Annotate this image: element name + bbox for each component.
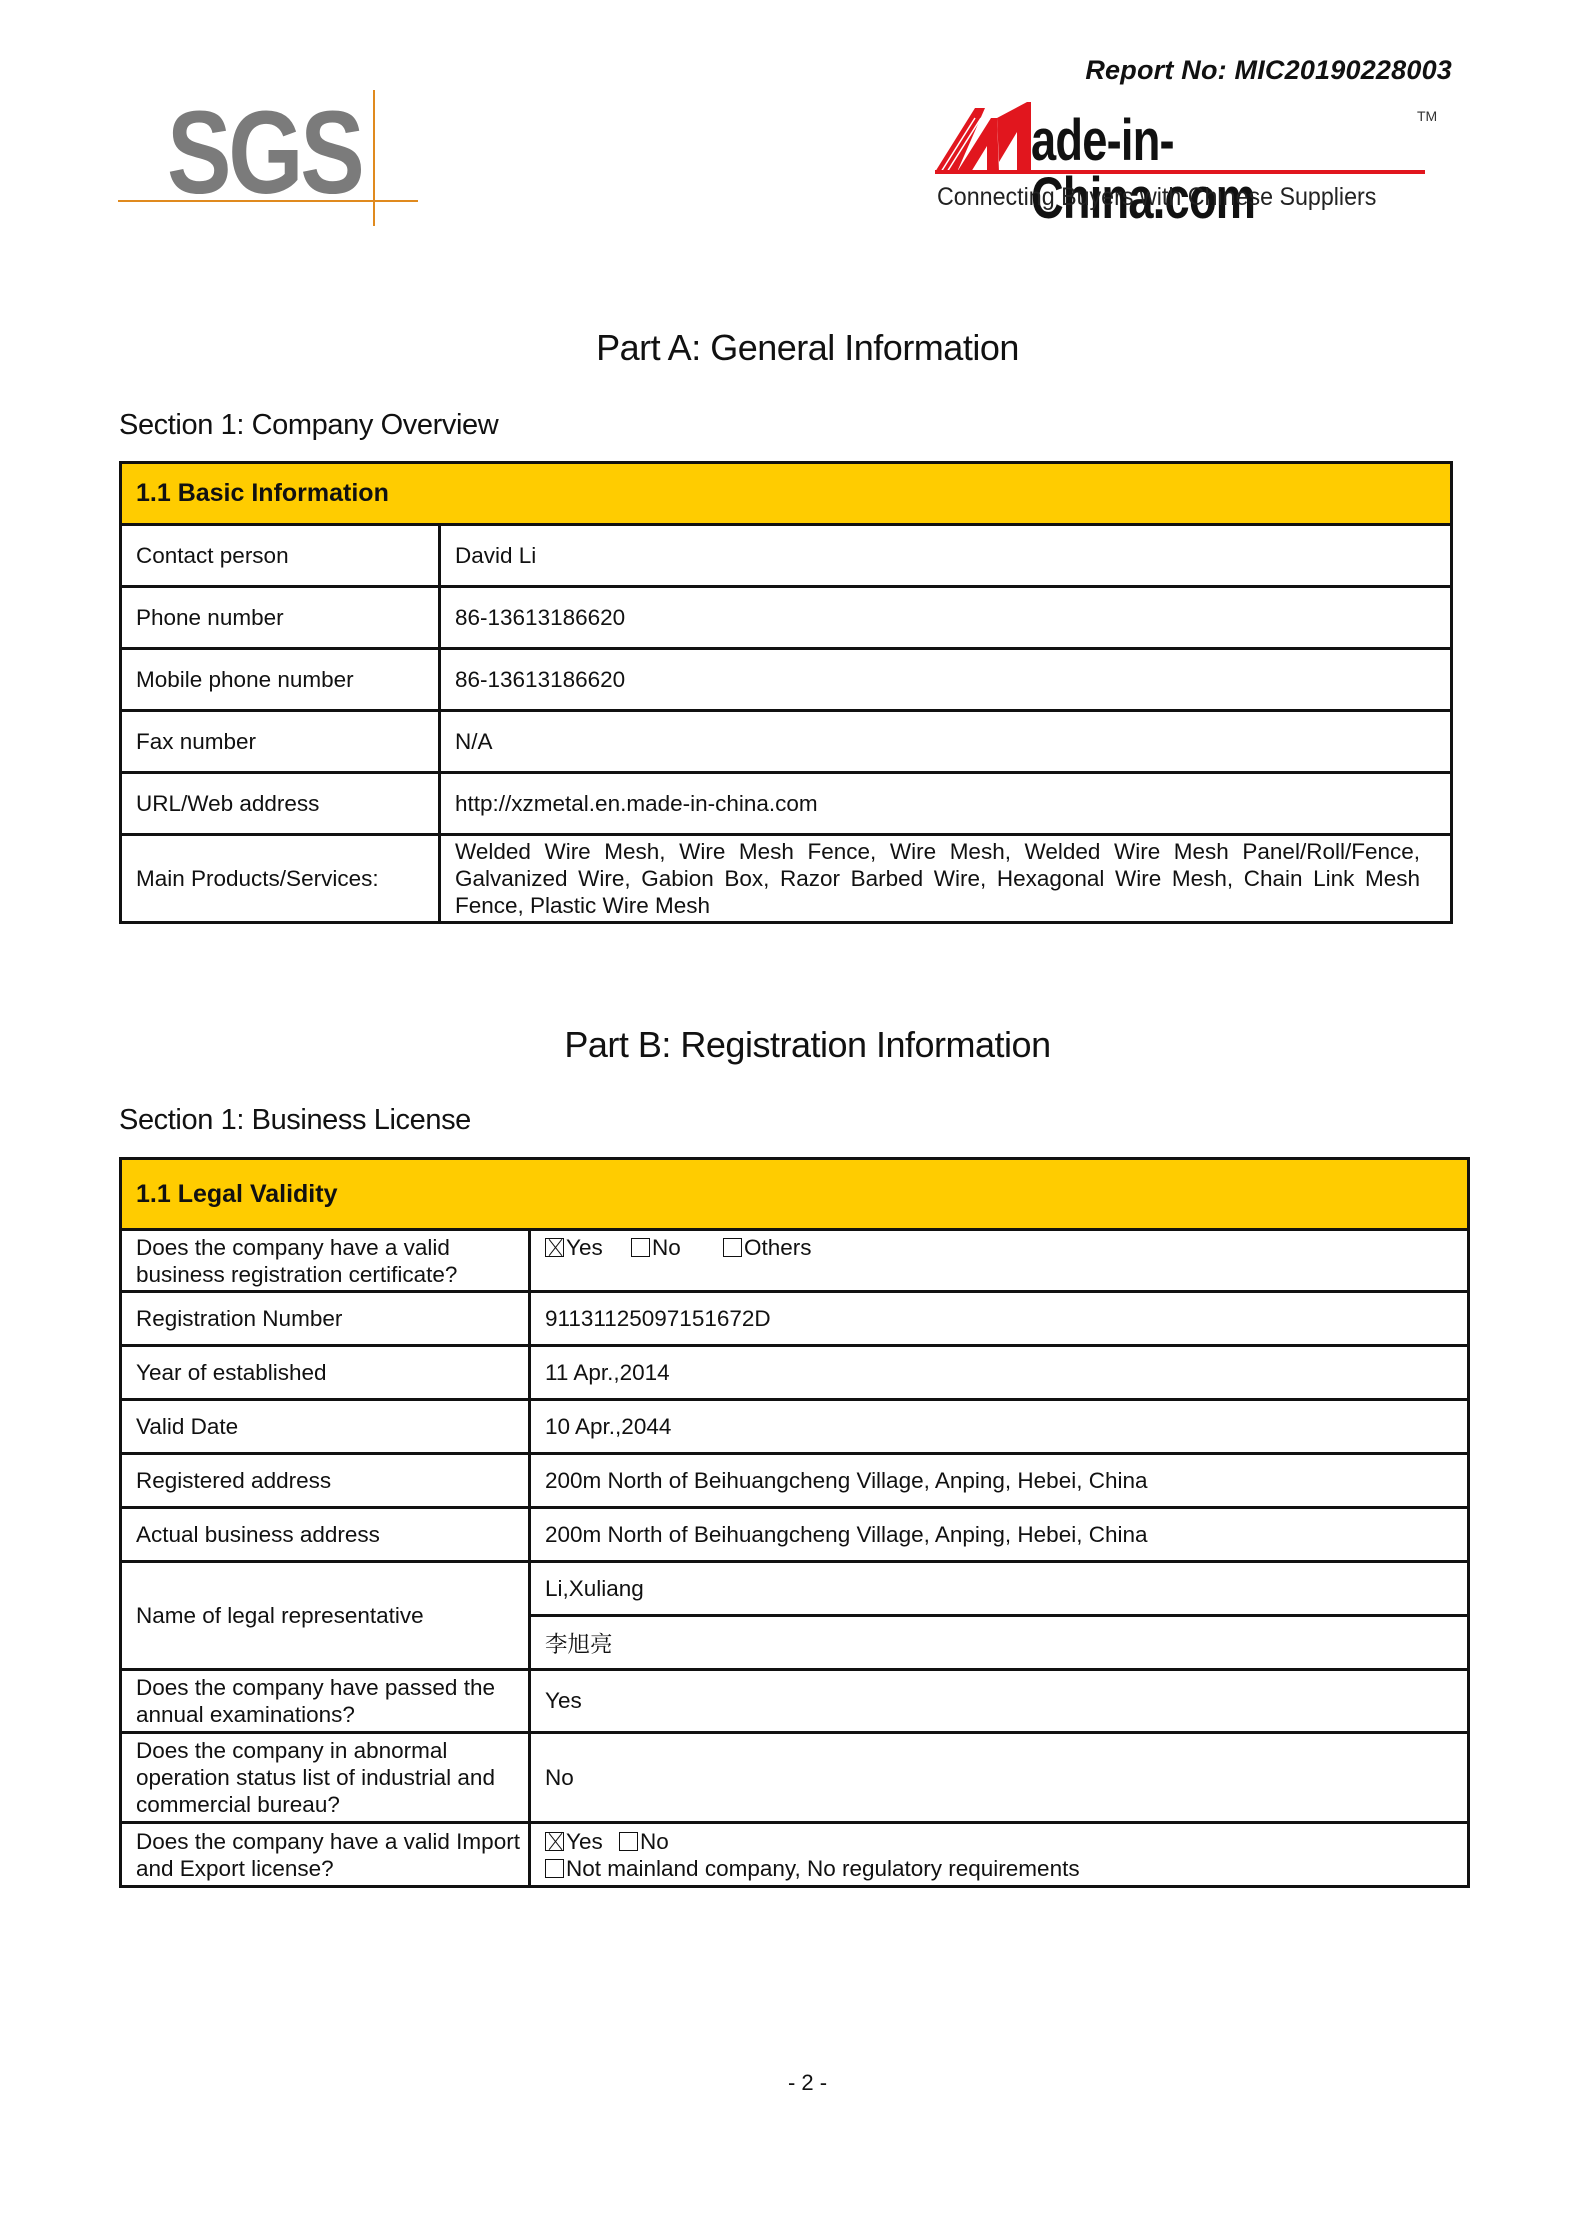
legal-rep-name-en: Li,Xuliang <box>530 1562 1469 1616</box>
mobile-number-value: 86-13613186620 <box>440 649 1452 711</box>
contact-person-value: David Li <box>440 525 1452 587</box>
table-row: Actual business address 200m North of Be… <box>121 1508 1469 1562</box>
table-row: Valid Date 10 Apr.,2044 <box>121 1400 1469 1454</box>
row-label: Does the company have passed the annual … <box>121 1670 530 1733</box>
row-label: Year of established <box>121 1346 530 1400</box>
option-yes[interactable]: Yes <box>545 1828 603 1855</box>
legal-rep-name-cn: 李旭亮 <box>530 1616 1469 1670</box>
table-header-basic-information: 1.1 Basic Information <box>121 463 1452 525</box>
valid-cert-options: Yes No Others <box>530 1230 1469 1292</box>
table-row: URL/Web address http://xzmetal.en.made-i… <box>121 773 1452 835</box>
row-label: Registration Number <box>121 1292 530 1346</box>
table-row: Does the company have a valid Import and… <box>121 1823 1469 1887</box>
sgs-logo: SGS <box>115 90 425 230</box>
table-row: Does the company in abnormal operation s… <box>121 1733 1469 1823</box>
row-label: Does the company in abnormal operation s… <box>121 1733 530 1823</box>
section-company-overview-title: Section 1: Company Overview <box>119 409 498 442</box>
registered-address-value: 200m North of Beihuangcheng Village, Anp… <box>530 1454 1469 1508</box>
sgs-logo-vertical-line <box>373 90 375 226</box>
report-number: Report No: MIC20190228003 <box>1085 55 1452 86</box>
row-label: Valid Date <box>121 1400 530 1454</box>
row-label: Phone number <box>121 587 440 649</box>
phone-number-value: 86-13613186620 <box>440 587 1452 649</box>
checkbox-empty-icon[interactable] <box>545 1859 564 1878</box>
actual-address-value: 200m North of Beihuangcheng Village, Anp… <box>530 1508 1469 1562</box>
section-business-license-title: Section 1: Business License <box>119 1104 471 1137</box>
option-others[interactable]: Others <box>723 1235 812 1261</box>
table-row: Phone number 86-13613186620 <box>121 587 1452 649</box>
row-label: Name of legal representative <box>121 1562 530 1670</box>
main-products-value: Welded Wire Mesh, Wire Mesh Fence, Wire … <box>440 835 1452 923</box>
checkbox-checked-icon[interactable] <box>545 1832 564 1851</box>
annual-exam-value: Yes <box>530 1670 1469 1733</box>
registration-number-value: 91131125097151672D <box>530 1292 1469 1346</box>
table-row: Mobile phone number 86-13613186620 <box>121 649 1452 711</box>
option-not-mainland[interactable]: Not mainland company, No regulatory requ… <box>545 1855 1080 1882</box>
table-row: Registration Number 91131125097151672D <box>121 1292 1469 1346</box>
checkbox-empty-icon[interactable] <box>619 1832 638 1851</box>
web-address-value[interactable]: http://xzmetal.en.made-in-china.com <box>440 773 1452 835</box>
table-row: Name of legal representative Li,Xuliang <box>121 1562 1469 1616</box>
import-export-options: Yes No Not mainland company, No regulato… <box>530 1823 1469 1887</box>
row-label: Contact person <box>121 525 440 587</box>
part-a-title: Part A: General Information <box>0 327 1571 369</box>
row-label: Registered address <box>121 1454 530 1508</box>
table-header-legal-validity: 1.1 Legal Validity <box>121 1159 1469 1230</box>
checkbox-empty-icon[interactable] <box>723 1238 742 1257</box>
table-row: Does the company have a valid business r… <box>121 1230 1469 1292</box>
made-in-china-logo: ade-in-China.com TM Connecting Buyers wi… <box>935 100 1455 220</box>
row-label: Actual business address <box>121 1508 530 1562</box>
year-established-value: 11 Apr.,2014 <box>530 1346 1469 1400</box>
checkbox-empty-icon[interactable] <box>631 1238 650 1257</box>
valid-date-value: 10 Apr.,2044 <box>530 1400 1469 1454</box>
row-label: Does the company have a valid Import and… <box>121 1823 530 1887</box>
table-row: Contact person David Li <box>121 525 1452 587</box>
page-number: - 2 - <box>0 2070 1571 2096</box>
mic-tagline: Connecting Buyers with Chinese Suppliers <box>937 183 1376 212</box>
mic-logo-underline <box>935 170 1425 174</box>
table-row: Registered address 200m North of Beihuan… <box>121 1454 1469 1508</box>
option-yes[interactable]: Yes <box>545 1235 603 1261</box>
abnormal-status-value: No <box>530 1733 1469 1823</box>
row-label: Fax number <box>121 711 440 773</box>
row-label: Does the company have a valid business r… <box>121 1230 530 1292</box>
table-row: Year of established 11 Apr.,2014 <box>121 1346 1469 1400</box>
basic-information-table: 1.1 Basic Information Contact person Dav… <box>119 461 1453 924</box>
sgs-logo-text: SGS <box>167 94 362 212</box>
option-no[interactable]: No <box>631 1235 681 1261</box>
trademark-mark: TM <box>1417 108 1437 124</box>
part-b-title: Part B: Registration Information <box>0 1024 1571 1066</box>
checkbox-checked-icon[interactable] <box>545 1238 564 1257</box>
row-label: Mobile phone number <box>121 649 440 711</box>
legal-validity-table: 1.1 Legal Validity Does the company have… <box>119 1157 1470 1888</box>
option-no[interactable]: No <box>619 1828 669 1855</box>
mic-m-icon <box>935 102 1035 174</box>
table-row: Main Products/Services: Welded Wire Mesh… <box>121 835 1452 923</box>
row-label: URL/Web address <box>121 773 440 835</box>
row-label: Main Products/Services: <box>121 835 440 923</box>
fax-number-value: N/A <box>440 711 1452 773</box>
table-row: Fax number N/A <box>121 711 1452 773</box>
table-row: Does the company have passed the annual … <box>121 1670 1469 1733</box>
